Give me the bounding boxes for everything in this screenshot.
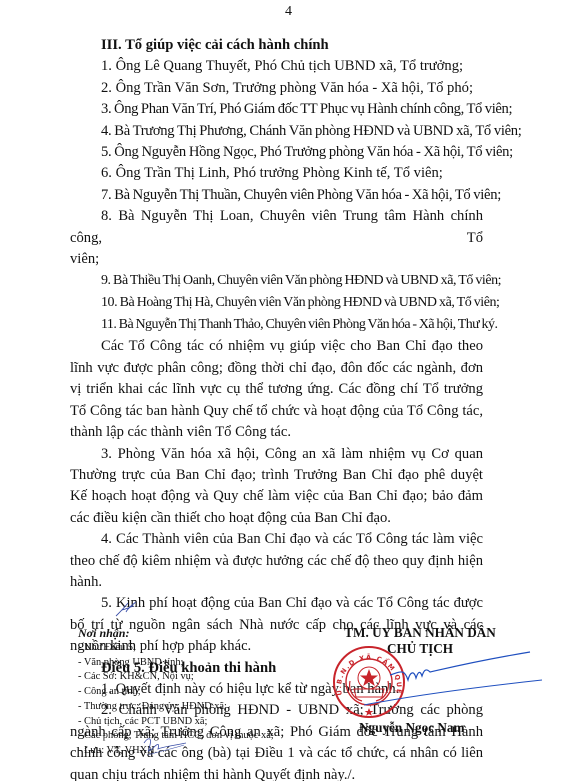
recipient-item: - Văn phòng UBND tỉnh; bbox=[78, 656, 274, 671]
member-item: 3. Ông Phan Văn Trí, Phó Giám đốc TT Phụ… bbox=[70, 99, 483, 120]
member-item-line2: viên; bbox=[70, 249, 483, 270]
paragraph-3: 3. Phòng Văn hóa xã hội, Công an xã làm … bbox=[70, 444, 483, 530]
recipient-item: - Như Điều 5; bbox=[78, 641, 274, 656]
signer-name: Nguyễn Ngọc Nam bbox=[359, 720, 465, 736]
paragraph-4: 4. Các Thành viên của Ban Chỉ đạo và các… bbox=[70, 529, 483, 593]
handwritten-signature-icon bbox=[360, 650, 550, 710]
member-item: 7. Bà Nguyễn Thị Thuần, Chuyên viên Phòn… bbox=[70, 185, 483, 206]
member-item-line1: 8. Bà Nguyễn Thị Loan, Chuyên viên Trung… bbox=[70, 206, 483, 249]
member-item: 6. Ông Trần Thị Linh, Phó trưởng Phòng K… bbox=[70, 163, 483, 184]
member-item: 5. Ông Nguyễn Hồng Ngọc, Phó Trưởng phòn… bbox=[70, 142, 483, 163]
duties-paragraph: Các Tổ Công tác có nhiệm vụ giúp việc ch… bbox=[70, 336, 483, 443]
member-item: 4. Bà Trương Thị Phương, Chánh Văn phòng… bbox=[70, 121, 483, 142]
member-item: 1. Ông Lê Quang Thuyết, Phó Chủ tịch UBN… bbox=[70, 56, 483, 77]
member-item: 10. Bà Hoàng Thị Hà, Chuyên viên Văn phò… bbox=[70, 292, 483, 314]
initial-signature-icon bbox=[140, 735, 190, 757]
recipients-title: Nơi nhận: bbox=[78, 626, 274, 641]
member-item: 9. Bà Thiều Thị Oanh, Chuyên viên Văn ph… bbox=[70, 270, 483, 292]
section-iii-heading: III. Tổ giúp việc cải cách hành chính bbox=[70, 35, 483, 56]
member-item: 2. Ông Trần Văn Sơn, Trưởng phòng Văn hó… bbox=[70, 78, 483, 99]
recipient-item: - Công an tỉnh; bbox=[78, 685, 274, 700]
member-item: 11. Bà Nguyễn Thị Thanh Thảo, Chuyên viê… bbox=[70, 314, 483, 336]
signature-org-line: TM. ỦY BAN NHÂN DÂN bbox=[325, 625, 515, 641]
initial-signature-icon bbox=[114, 600, 138, 618]
page-number: 4 bbox=[0, 4, 577, 20]
recipient-item: - Chủ tịch, các PCT UBND xã; bbox=[78, 715, 274, 730]
recipient-item: - Thường trực: Đảng ủy, HĐND xã; bbox=[78, 700, 274, 715]
recipient-item: - Các Sở: KH&CN, Nội vụ; bbox=[78, 670, 274, 685]
